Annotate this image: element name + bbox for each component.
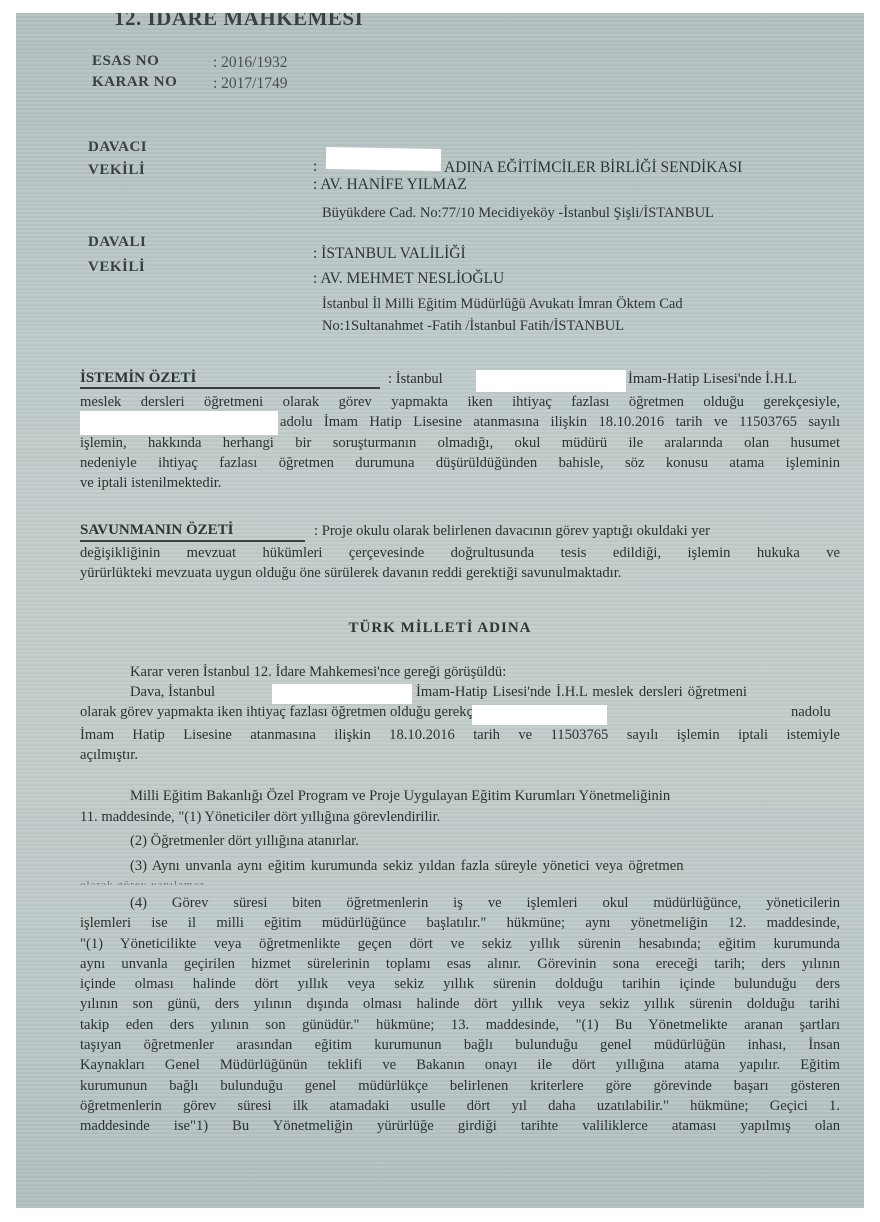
redaction-box	[476, 370, 626, 392]
turk-milleti-adina-heading: TÜRK MİLLETİ ADINA	[16, 620, 864, 637]
davaci-label: DAVACI	[88, 139, 147, 156]
text-line: Kaynakları Genel Müdürlüğünün teklifi ve…	[80, 1055, 840, 1075]
savunma-line1: : Proje okulu olarak belirlenen davacını…	[314, 523, 710, 540]
text-line: taşıyan öğretmenler arasından eğitim kur…	[80, 1035, 840, 1055]
text-line: aynı unvanla geçirilen hizmet sürelerini…	[80, 954, 840, 974]
redaction-box	[472, 705, 607, 725]
text-line: öğretmenlerin görev süresi ilk atamadaki…	[80, 1096, 840, 1116]
davaci-address: Büyükdere Cad. No:77/10 Mecidiyeköy -İst…	[322, 205, 714, 222]
court-name: 12. İDARE MAHKEMESİ	[114, 13, 363, 31]
davali-vekil: : AV. MEHMET NESLİOĞLU	[313, 270, 504, 288]
dava-line2-prefix: olarak görev yapmakta iken ihtiyaç fazla…	[80, 704, 511, 721]
davaci-vekil: : AV. HANİFE YILMAZ	[313, 176, 467, 194]
text-line: ve iptali istenilmektedir.	[80, 473, 840, 493]
text-line: kurumunun bağlı bulunduğu genel müdürlük…	[80, 1076, 840, 1096]
savunmanin-ozeti-body: değişikliğinin mevzuat hükümleri çerçeve…	[80, 543, 840, 584]
davali-vekili-label: VEKİLİ	[88, 259, 145, 276]
karar-no-label: KARAR NO	[92, 74, 177, 91]
text-line: değişikliğinin mevzuat hükümleri çerçeve…	[80, 543, 840, 563]
davaci-party: ADINA EĞİTİMCİLER BİRLİĞİ SENDİKASI	[444, 159, 742, 177]
davali-party: : İSTANBUL VALİLİĞİ	[313, 245, 466, 263]
text-line: (4) Görev süresi biten öğretmenlerin iş …	[80, 893, 840, 913]
istemin-ozeti-body: meslek dersleri öğretmeni olarak görev y…	[80, 392, 840, 493]
davali-label: DAVALI	[88, 234, 146, 251]
item-2: (2) Öğretmenler dört yıllığına atanırlar…	[130, 833, 359, 850]
istemin-line1-suffix: İmam-Hatip Lisesi'nde İ.H.L	[628, 371, 797, 388]
redaction-box	[272, 684, 412, 704]
redaction-box	[326, 147, 441, 171]
dava-line1-suffix: İmam-Hatip Lisesi'nde İ.H.L meslek dersl…	[416, 684, 747, 701]
regulation-paragraph: (4) Görev süresi biten öğretmenlerin iş …	[80, 893, 840, 1137]
esas-no-value: : 2016/1932	[213, 54, 288, 72]
dava-body: İmam Hatip Lisesine atanmasına ilişkin 1…	[80, 725, 840, 766]
title-underline	[80, 540, 305, 542]
davaci-party-prefix: :	[313, 158, 317, 176]
davaci-vekili-label: VEKİLİ	[88, 162, 145, 179]
dava-line2-suffix: nadolu	[791, 704, 831, 721]
milli-line1: Milli Eğitim Bakanlığı Özel Program ve P…	[130, 788, 670, 805]
dava-line1-prefix: Dava, İstanbul	[130, 684, 215, 701]
text-line: "(1) Yöneticilikte veya öğretmenlikte ge…	[80, 934, 840, 954]
text-line: maddesinde ise"1) Bu Yönetmeliğin yürürl…	[80, 1116, 840, 1136]
text-line: işlemin, hakkında herhangi bir soruşturm…	[80, 433, 840, 453]
istemin-line1-prefix: : İstanbul	[388, 371, 443, 388]
esas-no-label: ESAS NO	[92, 53, 159, 70]
scanned-court-decision-page: 12. İDARE MAHKEMESİ ESAS NO : 2016/1932 …	[16, 13, 864, 1208]
text-line: işlemleri ise il milli eğitim müdürlüğün…	[80, 913, 840, 933]
redaction-box	[80, 411, 278, 435]
milli-line2: 11. maddesinde, "(1) Yöneticiler dört yı…	[80, 809, 440, 826]
text-line: meslek dersleri öğretmeni olarak görev y…	[80, 392, 840, 412]
karar-no-value: : 2017/1749	[213, 75, 288, 93]
text-line: takip eden ders yılının son günüdür." hü…	[80, 1015, 840, 1035]
davali-address-line1: İstanbul İl Milli Eğitim Müdürlüğü Avuka…	[322, 296, 683, 313]
item-3-cut-off-line: olarak görev yapılamaz.	[80, 879, 209, 885]
text-line: açılmıştır.	[80, 745, 840, 765]
istemin-ozeti-title: İSTEMİN ÖZETİ	[80, 370, 196, 387]
davali-address-line2: No:1Sultanahmet -Fatih /İstanbul Fatih/İ…	[322, 318, 624, 335]
text-line: yürürlükteki mevzuata uygun olduğu öne s…	[80, 563, 840, 583]
item-3: (3) Aynı unvanla aynı eğitim kurumunda s…	[130, 858, 684, 875]
text-line: içinde olması halinde dört yıllık veya s…	[80, 974, 840, 994]
text-line: yılının son günü, ders yılının dışında o…	[80, 994, 840, 1014]
intro-line: Karar veren İstanbul 12. İdare Mahkemesi…	[130, 664, 506, 681]
text-line: nedeniyle ihtiyaç fazlası öğretmen durum…	[80, 453, 840, 473]
title-underline	[80, 387, 380, 389]
savunmanin-ozeti-title: SAVUNMANIN ÖZETİ	[80, 522, 234, 539]
text-line: İmam Hatip Lisesine atanmasına ilişkin 1…	[80, 725, 840, 745]
